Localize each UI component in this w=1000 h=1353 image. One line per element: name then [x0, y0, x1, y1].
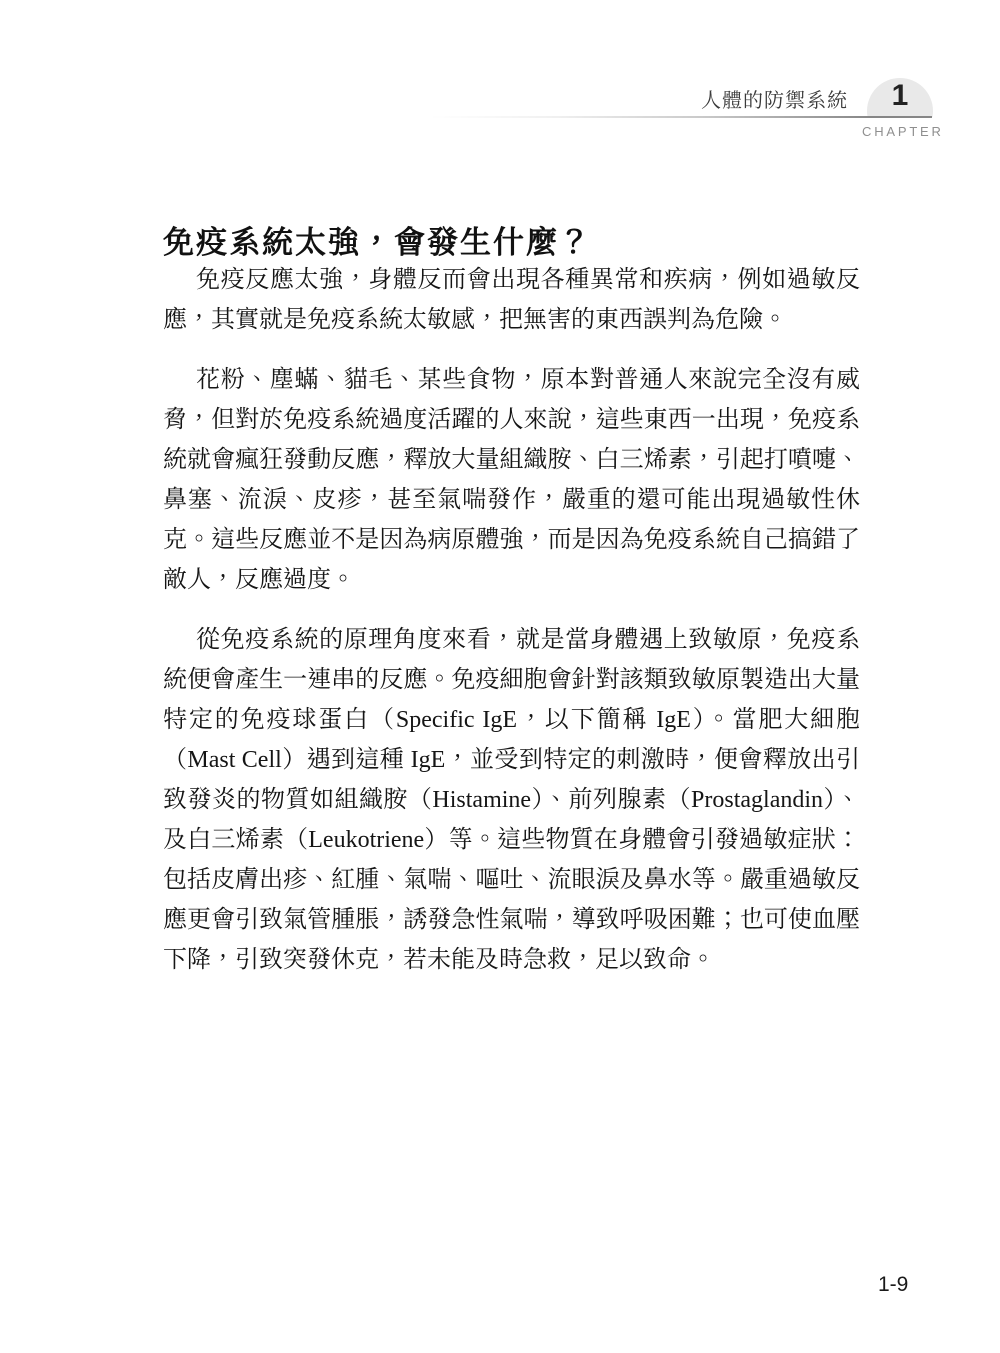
- running-title: 人體的防禦系統: [701, 84, 848, 113]
- chapter-label: CHAPTER: [862, 124, 944, 139]
- body-text: 免疫反應太強，身體反而會出現各種異常和疾病，例如過敏反應，其實就是免疫系統太敏感…: [163, 260, 860, 1000]
- page-title: 免疫系統太強，會發生什麼？: [163, 217, 592, 262]
- book-page: 人體的防禦系統 1 CHAPTER 免疫系統太強，會發生什麼？ 免疫反應太強，身…: [0, 0, 1000, 1353]
- body-paragraph: 從免疫系統的原理角度來看，就是當身體遇上致敏原，免疫系統便會產生一連串的反應。免…: [163, 620, 860, 980]
- page-number: 1-9: [878, 1273, 908, 1297]
- body-paragraph: 花粉、塵蟎、貓毛、某些食物，原本對普通人來說完全沒有威脅，但對於免疫系統過度活躍…: [163, 360, 860, 600]
- body-paragraph: 免疫反應太強，身體反而會出現各種異常和疾病，例如過敏反應，其實就是免疫系統太敏感…: [163, 260, 860, 340]
- chapter-number: 1: [867, 80, 933, 112]
- header-divider: [430, 116, 932, 118]
